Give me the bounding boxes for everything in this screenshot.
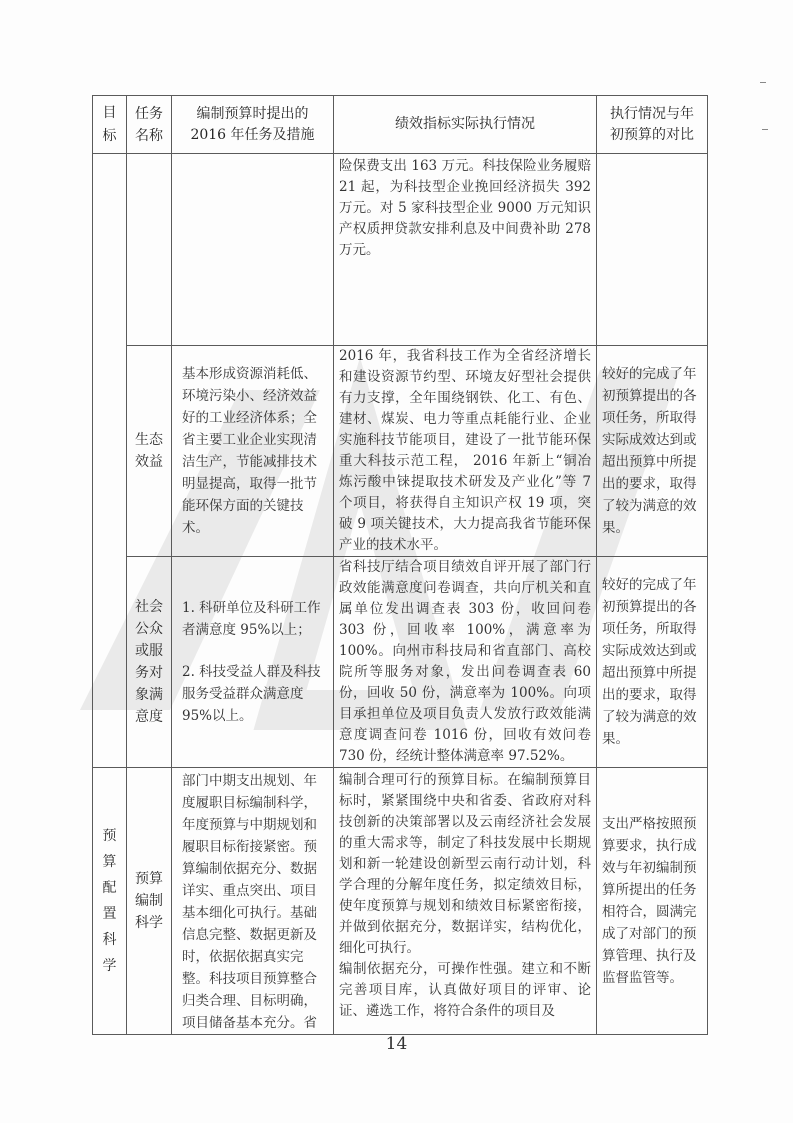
execution-paragraph: 编制依据充分，可操作性强。建立和不断完善项目库，认真做好项目的评审、论证、遴选工… [339,961,591,1019]
cell-task: 生态效益 [127,346,172,557]
table-header-row: 目标 任务名称 编制预算时提出的2016 年任务及措施 绩效指标实际执行情况 执… [93,96,708,154]
cell-task: 社会公众或服务对象满意度 [127,557,172,768]
cell-execution: 编制合理可行的预算目标。在编制预算目标时，紧紧围绕中央和省委、省政府对科技创新的… [334,768,597,1035]
table-row: 险保费支出 163 万元。科技保险业务履赔 21 起，为科技型企业挽回经济损失 … [93,154,708,346]
execution-paragraph: 编制合理可行的预算目标。在编制预算目标时，紧紧围绕中央和省委、省政府对科技创新的… [339,772,591,956]
plan-item: 1. 科研单位及科研工作者满意度 95%以上； [182,600,321,638]
header-plan: 编制预算时提出的2016 年任务及措施 [172,96,334,154]
table-row: 生态效益 基本形成资源消耗低、环境污染小、经济效益好的工业经济体系；全省主要工业… [93,346,708,557]
header-comparison: 执行情况与年初预算的对比 [597,96,708,154]
header-goal: 目标 [93,96,127,154]
cell-plan: 基本形成资源消耗低、环境污染小、经济效益好的工业经济体系；全省主要工业企业实现清… [172,346,334,557]
cell-plan [172,154,334,346]
page-number: 14 [0,1034,793,1054]
header-execution: 绩效指标实际执行情况 [334,96,597,154]
cell-plan: 1. 科研单位及科研工作者满意度 95%以上； 2. 科技受益人群及科技服务受益… [172,557,334,768]
scan-mark [762,129,768,130]
table-row: 预算配置科学 预算编制科学 部门中期支出规划、年度履职目标编制科学，年度预算与中… [93,768,708,1035]
plan-item: 2. 科技受益人群及科技服务受益群众满意度 95%以上。 [182,664,321,724]
cell-comparison: 较好的完成了年初预算提出的各项任务，所取得实际成效达到或超出预算中所提出的要求，… [597,346,708,557]
cell-execution: 省科技厅结合项目绩效自评开展了部门行政效能满意度问卷调查，共向厅机关和直属单位发… [334,557,597,768]
cell-execution: 2016 年，我省科技工作为全省经济增长和建设资源节约型、环境友好型社会提供有力… [334,346,597,557]
cell-task: 预算编制科学 [127,768,172,1035]
header-task-name: 任务名称 [127,96,172,154]
cell-task [127,154,172,346]
performance-table: 目标 任务名称 编制预算时提出的2016 年任务及措施 绩效指标实际执行情况 执… [92,95,708,1035]
table-row: 社会公众或服务对象满意度 1. 科研单位及科研工作者满意度 95%以上； 2. … [93,557,708,768]
scan-mark [760,82,766,83]
cell-comparison: 支出严格按照预算要求，执行成效与年初编制预算所提出的任务相符合，圆满完成了对部门… [597,768,708,1035]
cell-goal-continued [93,154,127,768]
cell-comparison: 较好的完成了年初预算提出的各项任务，所取得实际成效达到或超出预算中所提出的要求，… [597,557,708,768]
cell-execution: 险保费支出 163 万元。科技保险业务履赔 21 起，为科技型企业挽回经济损失 … [334,154,597,346]
cell-plan: 部门中期支出规划、年度履职目标编制科学，年度预算与中期规划和履职目标衔接紧密。预… [172,768,334,1035]
cell-comparison [597,154,708,346]
cell-goal: 预算配置科学 [93,768,127,1035]
document-page: 目标 任务名称 编制预算时提出的2016 年任务及措施 绩效指标实际执行情况 执… [0,0,793,1123]
